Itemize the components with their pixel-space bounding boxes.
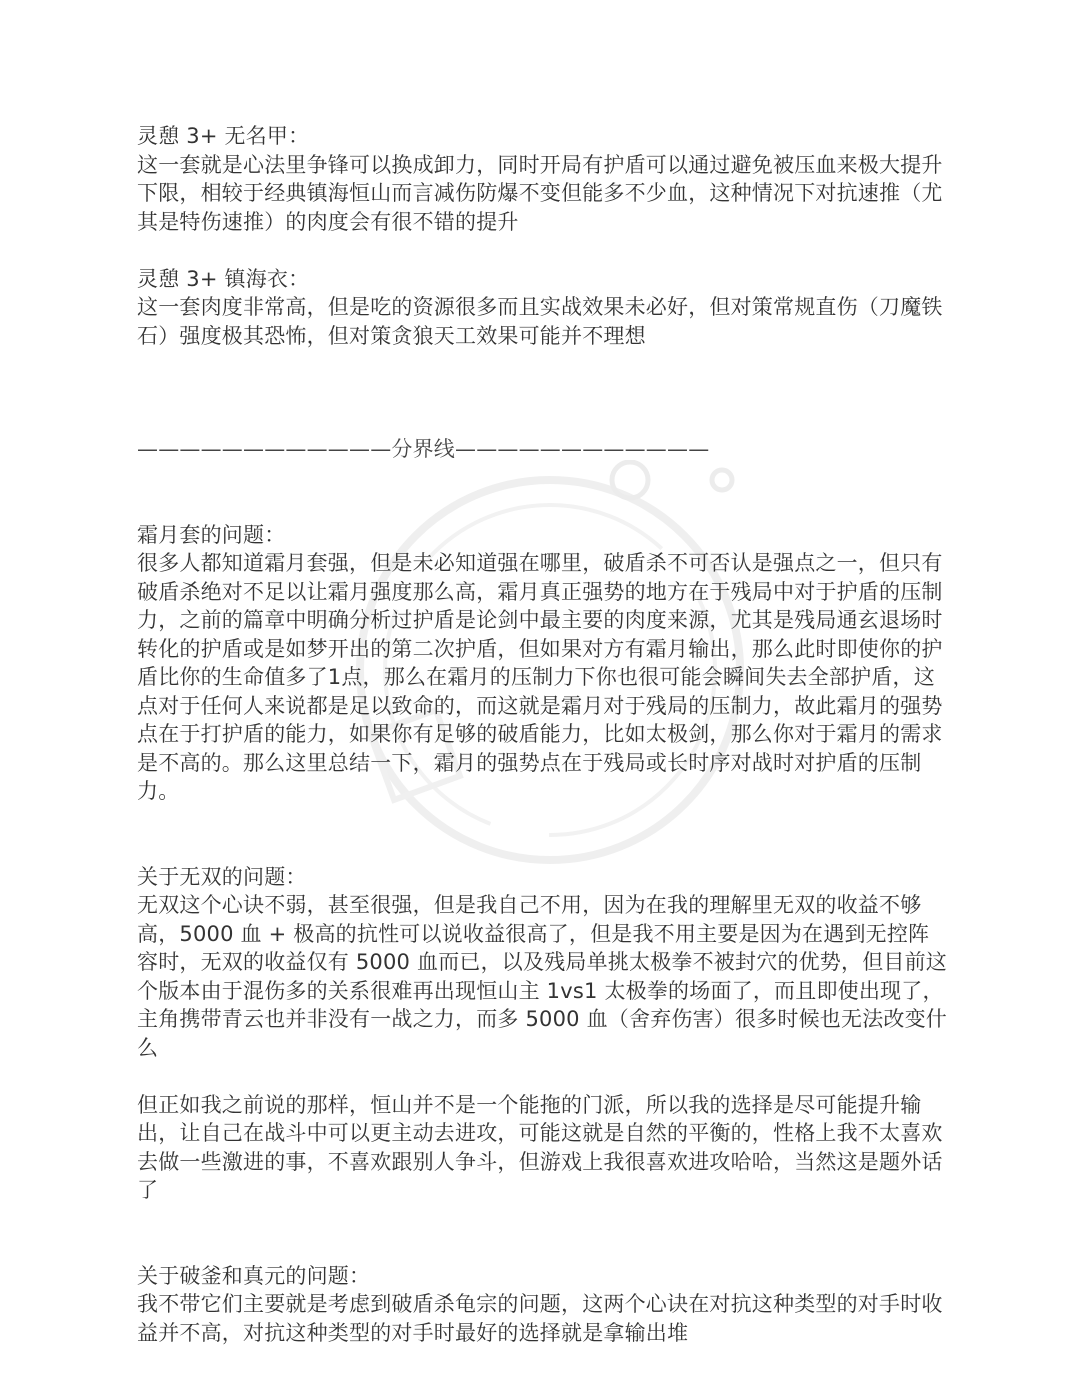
section-paragraph: 很多人都知道霜月套强，但是未必知道强在哪里，破盾杀不可否认是强点之一，但只有破盾…	[137, 549, 947, 806]
section-wushuang: 关于无双的问题： 无双这个心诀不弱，甚至很强，但是我自己不用，因为在我的理解里无…	[137, 863, 947, 1205]
section-shuangyue: 霜月套的问题： 很多人都知道霜月套强，但是未必知道强在哪里，破盾杀不可否认是强点…	[137, 521, 947, 806]
document-body: 灵憩 3+ 无名甲： 这一套就是心法里争锋可以换成卸力，同时开局有护盾可以通过避…	[137, 122, 947, 1347]
section-paragraph: 我不带它们主要就是考虑到破盾杀龟宗的问题，这两个心诀在对抗这种类型的对手时收益并…	[137, 1290, 947, 1347]
section-paragraph: 无双这个心诀不弱，甚至很强，但是我自己不用，因为在我的理解里无双的收益不够高，5…	[137, 891, 947, 1062]
section-heading: 灵憩 3+ 无名甲：	[137, 122, 947, 151]
section-pofu-zhenyuan: 关于破釜和真元的问题： 我不带它们主要就是考虑到破盾杀龟宗的问题，这两个心诀在对…	[137, 1262, 947, 1348]
section-heading: 关于破釜和真元的问题：	[137, 1262, 947, 1291]
section-paragraph: 这一套就是心法里争锋可以换成卸力，同时开局有护盾可以通过避免被压血来极大提升下限…	[137, 151, 947, 237]
section-wuming-armor: 灵憩 3+ 无名甲： 这一套就是心法里争锋可以换成卸力，同时开局有护盾可以通过避…	[137, 122, 947, 236]
section-paragraph: 这一套肉度非常高，但是吃的资源很多而且实战效果未必好，但对策常规直伤（刀魔铁石）…	[137, 293, 947, 350]
section-paragraph: 但正如我之前说的那样，恒山并不是一个能拖的门派，所以我的选择是尽可能提升输出，让…	[137, 1091, 947, 1205]
section-heading: 关于无双的问题：	[137, 863, 947, 892]
section-zhenhai-robe: 灵憩 3+ 镇海衣： 这一套肉度非常高，但是吃的资源很多而且实战效果未必好，但对…	[137, 265, 947, 351]
section-heading: 霜月套的问题：	[137, 521, 947, 550]
section-heading: 灵憩 3+ 镇海衣：	[137, 265, 947, 294]
divider-line: ————————————分界线————————————	[137, 435, 947, 464]
